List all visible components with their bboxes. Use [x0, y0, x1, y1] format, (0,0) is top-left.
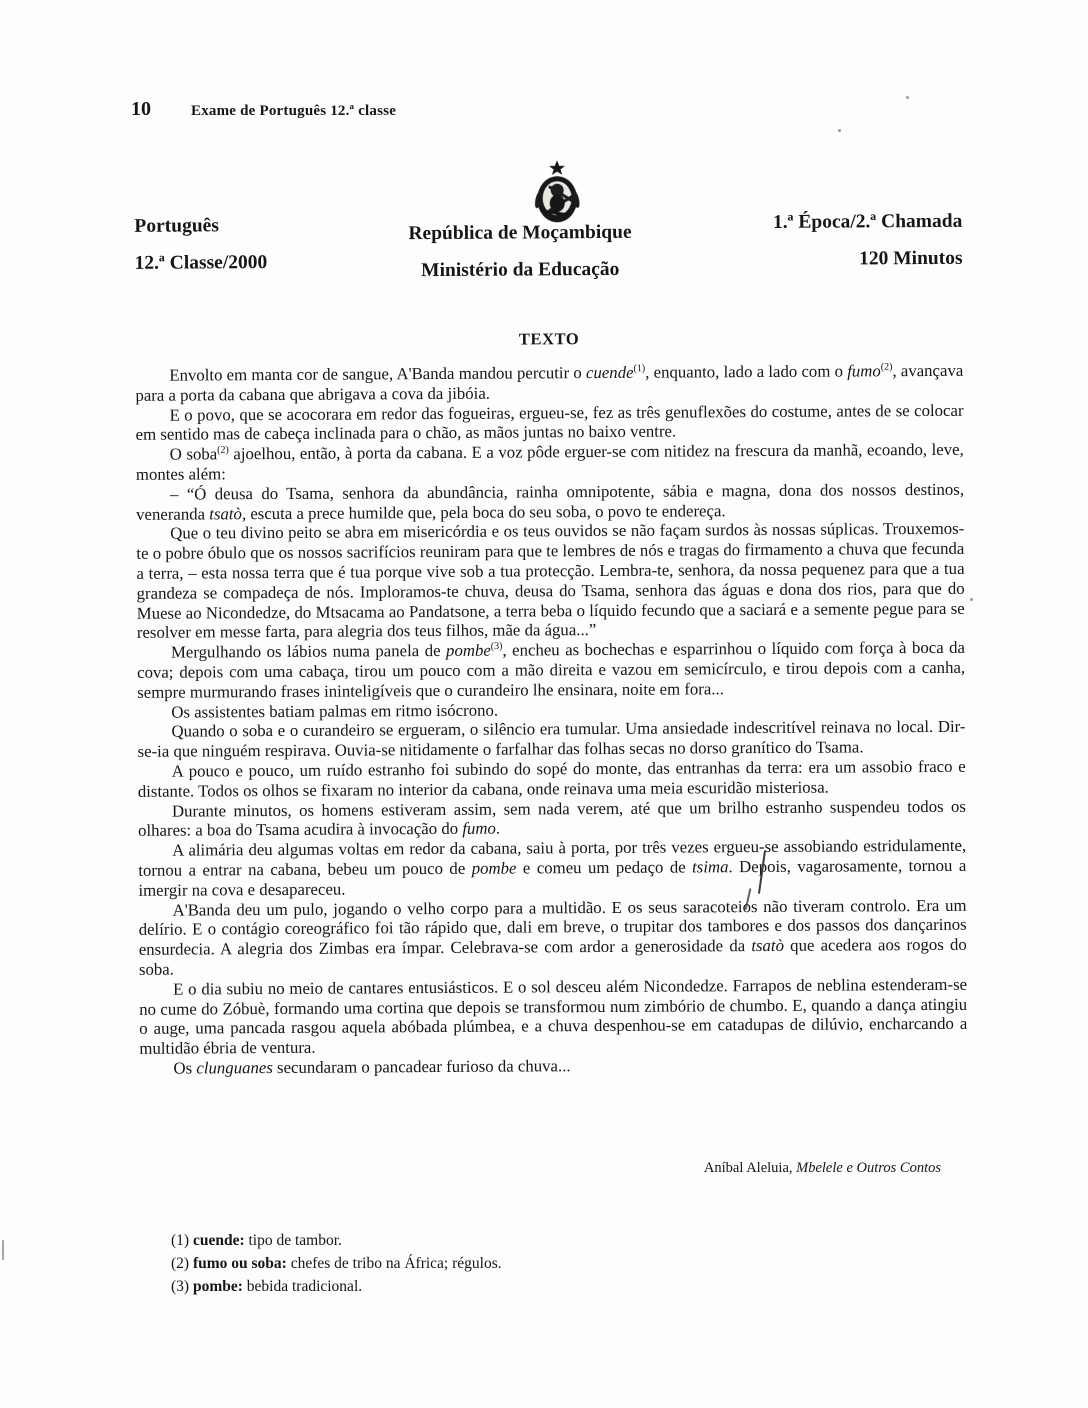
footnote: (3) pombe: bebida tradicional. [171, 1275, 502, 1298]
text-body: Envolto em manta cor de sangue, A'Banda … [135, 361, 967, 1079]
paragraph: E o povo, que se acocorara em redor das … [135, 400, 963, 445]
paragraph: A pouco e pouco, um ruído estranho foi s… [138, 757, 966, 802]
page-running-header: 10Exame de Português 12.ª classe [131, 98, 396, 121]
footnote: (2) fumo ou soba: chefes de tribo na Áfr… [171, 1252, 502, 1275]
attribution: Aníbal Aleluia, Mbelele e Outros Contos [704, 1160, 941, 1177]
epoch-call: 1.ª Época/2.ª Chamada [773, 203, 963, 241]
paragraph: E o dia subiu no meio de cantares entusi… [139, 974, 967, 1058]
paragraph: A alimária deu algumas voltas em redor d… [138, 836, 966, 900]
section-heading: TEXTO [135, 327, 963, 352]
scan-mark [2, 1240, 4, 1260]
running-title: Exame de Português 12.ª classe [191, 103, 396, 119]
paragraph: Quando o soba e o curandeiro se ergueram… [137, 717, 965, 762]
exam-header-center: República de Moçambique Ministério da Ed… [408, 205, 632, 289]
class-year: 12.ª Classe/2000 [134, 244, 267, 282]
country: República de Moçambique [408, 214, 631, 252]
subject: Português [134, 207, 267, 245]
paragraph: Envolto em manta cor de sangue, A'Banda … [135, 361, 963, 406]
attribution-work: Mbelele e Outros Contos [796, 1160, 941, 1176]
exam-header-right: 1.ª Época/2.ª Chamada 120 Minutos [773, 203, 963, 287]
footnote: (1) cuende: tipo de tambor. [171, 1229, 502, 1252]
scan-speck [970, 598, 973, 601]
footnotes: (1) cuende: tipo de tambor.(2) fumo ou s… [171, 1229, 502, 1298]
exam-page: 10Exame de Português 12.ª classe Portugu… [0, 0, 1088, 1408]
paragraph: Que o teu divino peito se abra em miseri… [136, 519, 965, 643]
exam-header: Português 12.ª Classe/2000 República de … [134, 203, 962, 291]
scan-speck [906, 96, 909, 99]
paragraph: – “Ó deusa do Tsama, senhora da abundânc… [136, 480, 964, 525]
page-number: 10 [131, 98, 151, 120]
paragraph: Os clunguanes secundaram o pancadear fur… [139, 1054, 967, 1079]
duration: 120 Minutos [773, 240, 963, 278]
scan-speck [838, 129, 841, 132]
attribution-author: Aníbal Aleluia, [704, 1160, 796, 1176]
paragraph: A'Banda deu um pulo, jogando o velho cor… [138, 895, 966, 979]
paragraph: Durante minutos, os homens estiveram ass… [138, 796, 966, 841]
ministry: Ministério da Educação [409, 251, 632, 289]
paragraph: Mergulhando os lábios numa panela de pom… [137, 638, 965, 702]
exam-header-left: Português 12.ª Classe/2000 [134, 207, 267, 291]
paragraph: O soba(2) ajoelhou, então, à porta da ca… [136, 440, 964, 485]
